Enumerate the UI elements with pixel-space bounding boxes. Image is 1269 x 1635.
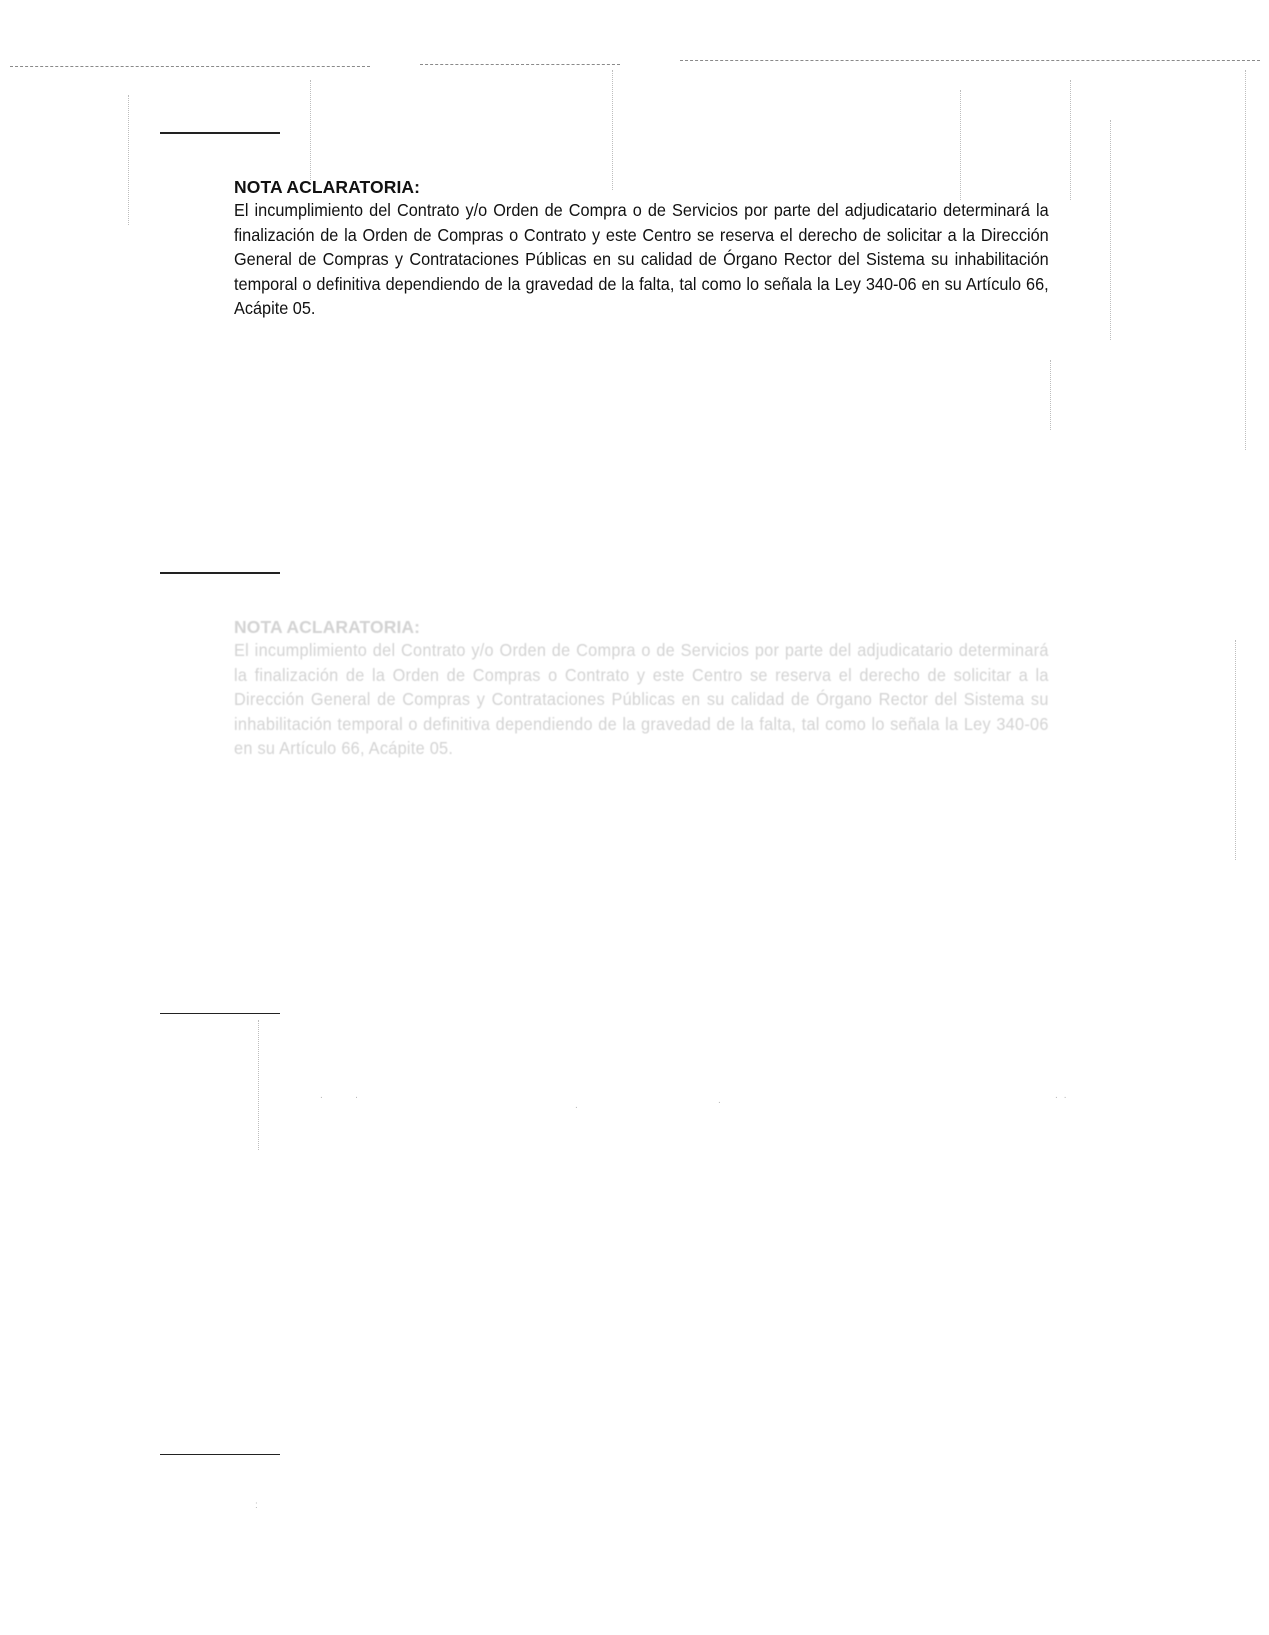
margin-rule-2: [160, 572, 280, 574]
scan-artifact-speckle: [1110, 120, 1112, 340]
scan-artifact-speckle: [310, 80, 312, 180]
scan-artifact-dots: .: [718, 1095, 727, 1106]
bleed-through-note: NOTA ACLARATORIA: El incumplimiento del …: [234, 616, 1049, 761]
scan-artifact-dots: .: [575, 1100, 584, 1111]
clarification-note: NOTA ACLARATORIA: El incumplimiento del …: [234, 176, 1049, 321]
scan-artifact-dots: . .: [320, 1090, 364, 1101]
margin-rule-4: [160, 1454, 280, 1455]
scan-artifact-speckle: [612, 70, 614, 190]
note-body: El incumplimiento del Contrato y/o Orden…: [234, 198, 1049, 321]
margin-rule-3: [160, 1013, 280, 1014]
scan-artifact-dots: ..: [1055, 1090, 1073, 1101]
scan-artifact-top-line-left: [10, 66, 370, 68]
scan-artifact-speckle: [258, 1020, 260, 1150]
scan-artifact-speckle: [1235, 640, 1237, 860]
margin-rule-1: [160, 132, 280, 134]
scan-artifact-speckle: [1050, 360, 1052, 430]
scan-artifact-speckle: [1245, 70, 1247, 450]
scan-artifact-speckle: [128, 95, 130, 225]
note-title: NOTA ACLARATORIA:: [234, 176, 1049, 198]
scan-artifact-dots: :: [255, 1500, 264, 1511]
scan-artifact-top-line-right: [680, 60, 1260, 62]
ghost-note-body: El incumplimiento del Contrato y/o Orden…: [234, 638, 1049, 761]
scan-artifact-top-line-mid: [420, 64, 620, 66]
scan-artifact-speckle: [1070, 80, 1072, 200]
ghost-note-title: NOTA ACLARATORIA:: [234, 616, 1049, 638]
